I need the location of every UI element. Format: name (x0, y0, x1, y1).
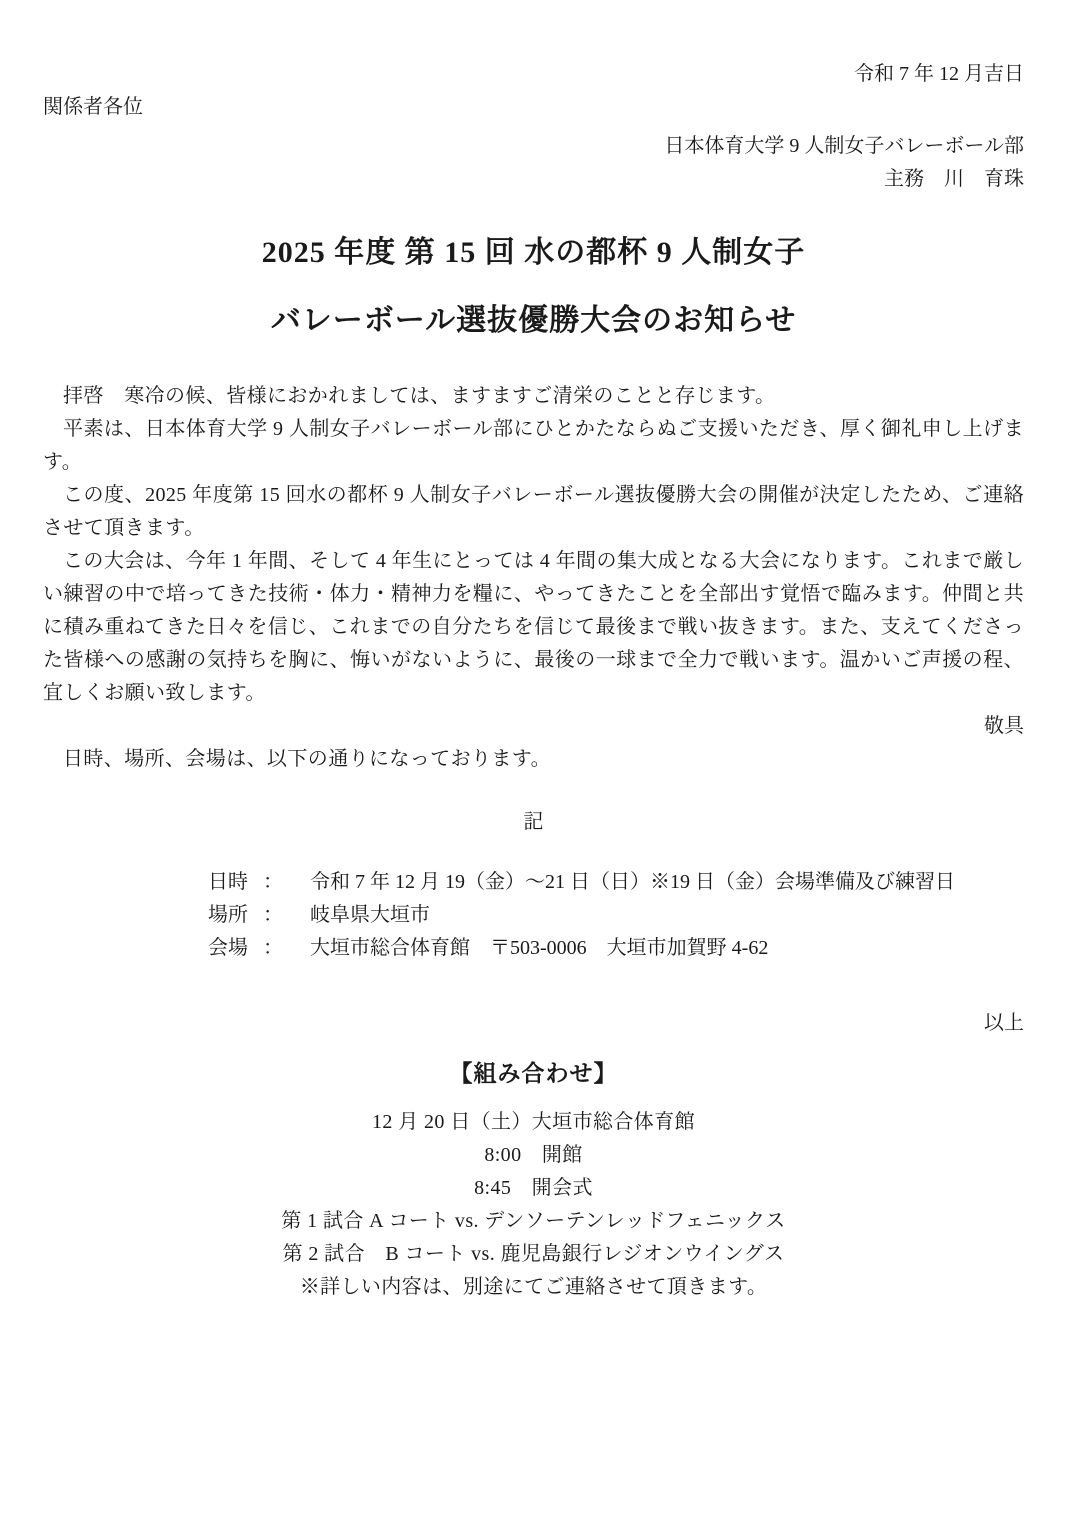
document-title-line-2: バレーボール選抜優勝大会のお知らせ (43, 298, 1024, 344)
ki-marker: 記 (43, 806, 1024, 839)
schedule-opening-ceremony: 8:45 開会式 (43, 1172, 1024, 1205)
closing-ijou: 以上 (43, 1007, 1024, 1040)
detail-row-datetime: 日時 ： 令和 7 年 12 月 19（金）～21 日（日）※19 日（金）会場… (208, 866, 1024, 899)
sender-block: 日本体育大学 9 人制女子バレーボール部 主務 川 育珠 (43, 130, 1024, 196)
detail-value-datetime: 令和 7 年 12 月 19（金）～21 日（日）※19 日（金）会場準備及び練… (310, 866, 1024, 899)
detail-separator: ： (263, 899, 310, 932)
schedule-match-2: 第 2 試合 B コート vs. 鹿児島銀行レジオンウイングス (43, 1238, 1024, 1271)
date-line: 令和 7 年 12 月吉日 (43, 58, 1024, 91)
sender-person: 主務 川 育珠 (43, 163, 1024, 196)
paragraph-greeting: 拝啓 寒冷の候、皆様におかれましては、ますますご清栄のことと存じます。 (43, 380, 1024, 413)
schedule-block: 12 月 20 日（土）大垣市総合体育館 8:00 開館 8:45 開会式 第 … (43, 1106, 1024, 1304)
paragraph-thanks: 平素は、日本体育大学 9 人制女子バレーボール部にひとかたならぬご支援いただき、… (43, 413, 1024, 479)
detail-value-place: 岐阜県大垣市 (310, 899, 1024, 932)
paragraph-announcement: この度、2025 年度第 15 回水の都杯 9 人制女子バレーボール選抜優勝大会… (43, 479, 1024, 545)
letter-body: 拝啓 寒冷の候、皆様におかれましては、ますますご清栄のことと存じます。 平素は、… (43, 380, 1024, 710)
detail-label-place: 場所 (208, 899, 263, 932)
detail-separator: ： (263, 866, 310, 899)
details-list: 日時 ： 令和 7 年 12 月 19（金）～21 日（日）※19 日（金）会場… (43, 866, 1024, 965)
detail-separator: ： (263, 932, 310, 965)
schedule-date-venue: 12 月 20 日（土）大垣市総合体育館 (43, 1106, 1024, 1139)
detail-label-venue: 会場 (208, 932, 263, 965)
detail-label-datetime: 日時 (208, 866, 263, 899)
detail-row-venue: 会場 ： 大垣市総合体育館 〒503-0006 大垣市加賀野 4-62 (208, 932, 1024, 965)
detail-row-place: 場所 ： 岐阜県大垣市 (208, 899, 1024, 932)
document-title-line-1: 2025 年度 第 15 回 水の都杯 9 人制女子 (43, 230, 1024, 276)
details-intro: 日時、場所、会場は、以下の通りになっております。 (43, 743, 1024, 776)
closing-keigu: 敬具 (43, 710, 1024, 743)
schedule-match-1: 第 1 試合 A コート vs. デンソーテンレッドフェニックス (43, 1205, 1024, 1238)
paragraph-resolve: この大会は、今年 1 年間、そして 4 年生にとっては 4 年間の集大成となる大… (43, 545, 1024, 710)
schedule-note: ※詳しい内容は、別途にてご連絡させて頂きます。 (43, 1271, 1024, 1304)
detail-value-venue: 大垣市総合体育館 〒503-0006 大垣市加賀野 4-62 (310, 932, 1024, 965)
document-page: 令和 7 年 12 月吉日 関係者各位 日本体育大学 9 人制女子バレーボール部… (0, 0, 1067, 1533)
matchup-section-heading: 【組み合わせ】 (43, 1054, 1024, 1094)
schedule-doors-open: 8:00 開館 (43, 1139, 1024, 1172)
addressee: 関係者各位 (43, 91, 1024, 124)
sender-organization: 日本体育大学 9 人制女子バレーボール部 (43, 130, 1024, 163)
